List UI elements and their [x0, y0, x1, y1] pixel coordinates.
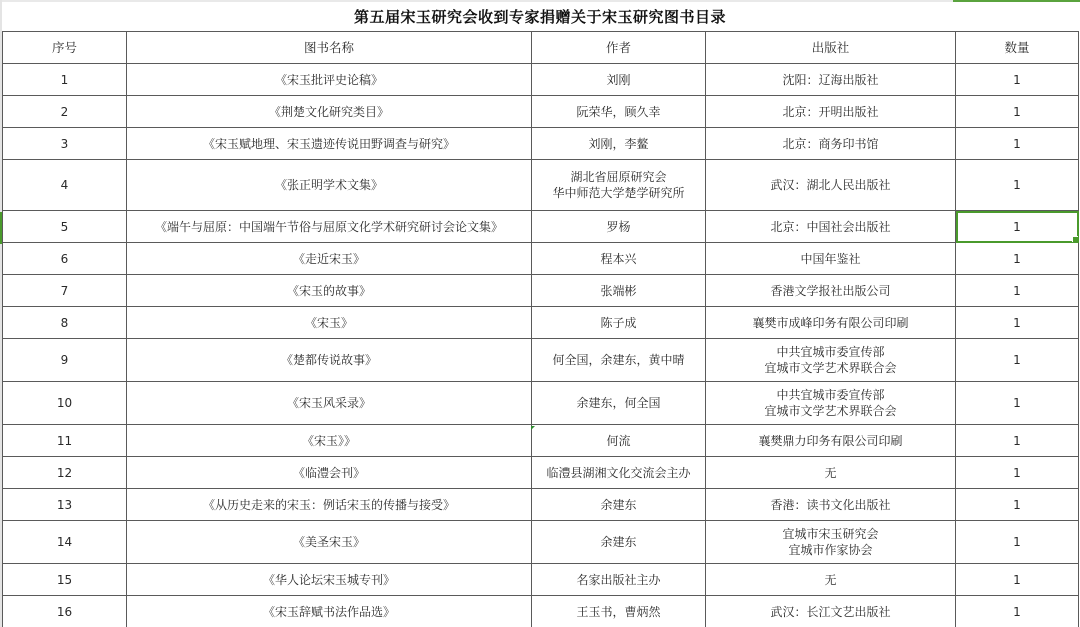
- publisher-line: 无: [708, 465, 953, 481]
- cell-title[interactable]: 《端午与屈原：中国端午节俗与屈原文化学术研究研讨会论文集》: [127, 211, 532, 243]
- cell-title[interactable]: 《宋玉批评史论稿》: [127, 64, 532, 96]
- cell-quantity[interactable]: 1: [956, 596, 1079, 627]
- publisher-line: 中共宜城市委宣传部: [708, 387, 953, 403]
- publisher-line: 武汉：湖北人民出版社: [708, 177, 953, 193]
- cell-title[interactable]: 《荆楚文化研究类目》: [127, 96, 532, 128]
- cell-title[interactable]: 《宋玉》》: [127, 425, 532, 457]
- publisher-line: 武汉：长江文艺出版社: [708, 604, 953, 620]
- table-row: 14 《美圣宋玉》 余建东 宜城市宋玉研究会 宜城市作家协会 1: [3, 521, 1079, 564]
- cell-no[interactable]: 16: [3, 596, 127, 627]
- cell-quantity[interactable]: 1: [956, 457, 1079, 489]
- cell-no[interactable]: 3: [3, 128, 127, 160]
- publisher-line: 北京：商务印书馆: [708, 136, 953, 152]
- cell-title[interactable]: 《临澧会刊》: [127, 457, 532, 489]
- cell-no[interactable]: 2: [3, 96, 127, 128]
- publisher-line: 中共宜城市委宣传部: [708, 344, 953, 360]
- cell-author[interactable]: 临澧县湖湘文化交流会主办: [532, 457, 706, 489]
- cell-title[interactable]: 《从历史走来的宋玉：例话宋玉的传播与接受》: [127, 489, 532, 521]
- cell-author[interactable]: 名家出版社主办: [532, 564, 706, 596]
- cell-author[interactable]: 余建东，何全国: [532, 382, 706, 425]
- cell-no[interactable]: 1: [3, 64, 127, 96]
- author-line: 阮荣华，顾久幸: [534, 104, 703, 120]
- cell-quantity[interactable]: 1: [956, 339, 1079, 382]
- cell-publisher[interactable]: 武汉：湖北人民出版社: [706, 160, 956, 211]
- cell-quantity[interactable]: 1: [956, 160, 1079, 211]
- cell-title[interactable]: 《美圣宋玉》: [127, 521, 532, 564]
- table-row: 16 《宋玉辞赋书法作品选》 王玉书，曹炳然 武汉：长江文艺出版社 1: [3, 596, 1079, 627]
- cell-no[interactable]: 5: [3, 211, 127, 243]
- cell-no[interactable]: 12: [3, 457, 127, 489]
- cell-author[interactable]: 刘刚: [532, 64, 706, 96]
- publisher-line: 宜城市文学艺术界联合会: [708, 403, 953, 419]
- cell-publisher[interactable]: 武汉：长江文艺出版社: [706, 596, 956, 627]
- table-row: 15 《华人论坛宋玉城专刊》 名家出版社主办 无 1: [3, 564, 1079, 596]
- cell-publisher[interactable]: 沈阳：辽海出版社: [706, 64, 956, 96]
- cell-publisher[interactable]: 北京：开明出版社: [706, 96, 956, 128]
- table-row: 5 《端午与屈原：中国端午节俗与屈原文化学术研究研讨会论文集》 罗杨 北京：中国…: [3, 211, 1079, 243]
- author-line: 余建东，何全国: [534, 395, 703, 411]
- publisher-line: 襄樊市成峰印务有限公司印刷: [708, 315, 953, 331]
- author-line: 刘刚: [534, 72, 703, 88]
- header-cell-title[interactable]: 图书名称: [127, 32, 532, 64]
- cell-publisher[interactable]: 襄樊鼎力印务有限公司印刷: [706, 425, 956, 457]
- cell-publisher[interactable]: 宜城市宋玉研究会 宜城市作家协会: [706, 521, 956, 564]
- cell-publisher[interactable]: 无: [706, 564, 956, 596]
- author-line: 罗杨: [534, 219, 703, 235]
- publisher-line: 北京：中国社会出版社: [708, 219, 953, 235]
- author-line: 华中师范大学楚学研究所: [534, 185, 703, 201]
- cell-title[interactable]: 《宋玉辞赋书法作品选》: [127, 596, 532, 627]
- table-row: 12 《临澧会刊》 临澧县湖湘文化交流会主办 无 1: [3, 457, 1079, 489]
- quantity-value: 1: [1013, 220, 1021, 234]
- publisher-line: 北京：开明出版社: [708, 104, 953, 120]
- author-line: 名家出版社主办: [534, 572, 703, 588]
- publisher-line: 香港：读书文化出版社: [708, 497, 953, 513]
- cell-quantity[interactable]: 1: [956, 382, 1079, 425]
- table-row: 8 《宋玉》 陈子成 襄樊市成峰印务有限公司印刷 1: [3, 307, 1079, 339]
- publisher-line: 沈阳：辽海出版社: [708, 72, 953, 88]
- cell-quantity-selected[interactable]: 1: [956, 211, 1079, 243]
- cell-author[interactable]: 余建东: [532, 521, 706, 564]
- cell-publisher[interactable]: 香港文学报社出版公司: [706, 275, 956, 307]
- cell-no[interactable]: 14: [3, 521, 127, 564]
- cell-publisher[interactable]: 北京：商务印书馆: [706, 128, 956, 160]
- publisher-line: 中国年鉴社: [708, 251, 953, 267]
- cell-quantity[interactable]: 1: [956, 275, 1079, 307]
- header-cell-quantity[interactable]: 数量: [956, 32, 1079, 64]
- cell-publisher[interactable]: 北京：中国社会出版社: [706, 211, 956, 243]
- author-line: 余建东: [534, 497, 703, 513]
- author-line: 张端彬: [534, 283, 703, 299]
- cell-quantity[interactable]: 1: [956, 307, 1079, 339]
- cell-no[interactable]: 7: [3, 275, 127, 307]
- header-cell-author[interactable]: 作者: [532, 32, 706, 64]
- cell-quantity[interactable]: 1: [956, 96, 1079, 128]
- cell-publisher[interactable]: 襄樊市成峰印务有限公司印刷: [706, 307, 956, 339]
- header-row: 序号 图书名称 作者 出版社 数量: [3, 32, 1079, 64]
- cell-quantity[interactable]: 1: [956, 489, 1079, 521]
- cell-author[interactable]: 王玉书，曹炳然: [532, 596, 706, 627]
- author-line: 余建东: [534, 534, 703, 550]
- cell-publisher[interactable]: 中共宜城市委宣传部 宜城市文学艺术界联合会: [706, 339, 956, 382]
- table-row: 4 《张正明学术文集》 湖北省屈原研究会 华中师范大学楚学研究所 武汉：湖北人民…: [3, 160, 1079, 211]
- table-row: 3 《宋玉赋地理、宋玉遗迹传说田野调查与研究》 刘刚，李鳌 北京：商务印书馆 1: [3, 128, 1079, 160]
- cell-publisher[interactable]: 中国年鉴社: [706, 243, 956, 275]
- cell-title[interactable]: 《走近宋玉》: [127, 243, 532, 275]
- cell-author[interactable]: 程本兴: [532, 243, 706, 275]
- cell-author[interactable]: 罗杨: [532, 211, 706, 243]
- publisher-line: 香港文学报社出版公司: [708, 283, 953, 299]
- cell-no[interactable]: 15: [3, 564, 127, 596]
- book-catalog-table: 序号 图书名称 作者 出版社 数量 1 《宋玉批评史论稿》 刘刚 沈阳：辽海出版…: [2, 31, 1079, 627]
- cell-author[interactable]: 何流: [532, 425, 706, 457]
- cell-quantity[interactable]: 1: [956, 521, 1079, 564]
- author-line: 程本兴: [534, 251, 703, 267]
- table-row: 1 《宋玉批评史论稿》 刘刚 沈阳：辽海出版社 1: [3, 64, 1079, 96]
- table-row: 13 《从历史走来的宋玉：例话宋玉的传播与接受》 余建东 香港：读书文化出版社 …: [3, 489, 1079, 521]
- publisher-line: 无: [708, 572, 953, 588]
- cell-author[interactable]: 阮荣华，顾久幸: [532, 96, 706, 128]
- author-line: 何流: [534, 433, 703, 449]
- publisher-line: 宜城市宋玉研究会: [708, 526, 953, 542]
- cell-quantity[interactable]: 1: [956, 128, 1079, 160]
- cell-publisher[interactable]: 中共宜城市委宣传部 宜城市文学艺术界联合会: [706, 382, 956, 425]
- cell-title[interactable]: 《宋玉的故事》: [127, 275, 532, 307]
- cell-title[interactable]: 《宋玉赋地理、宋玉遗迹传说田野调查与研究》: [127, 128, 532, 160]
- publisher-line: 宜城市文学艺术界联合会: [708, 360, 953, 376]
- header-cell-no[interactable]: 序号: [3, 32, 127, 64]
- cell-quantity[interactable]: 1: [956, 425, 1079, 457]
- cell-no[interactable]: 6: [3, 243, 127, 275]
- cell-publisher[interactable]: 香港：读书文化出版社: [706, 489, 956, 521]
- cell-quantity[interactable]: 1: [956, 64, 1079, 96]
- cell-author[interactable]: 余建东: [532, 489, 706, 521]
- cell-comment-indicator-icon[interactable]: [531, 426, 535, 430]
- table-row: 2 《荆楚文化研究类目》 阮荣华，顾久幸 北京：开明出版社 1: [3, 96, 1079, 128]
- cell-publisher[interactable]: 无: [706, 457, 956, 489]
- cell-no[interactable]: 8: [3, 307, 127, 339]
- author-line: 何全国，余建东，黄中晴: [534, 352, 703, 368]
- cell-title[interactable]: 《宋玉》: [127, 307, 532, 339]
- cell-no[interactable]: 9: [3, 339, 127, 382]
- publisher-line: 宜城市作家协会: [708, 542, 953, 558]
- table-row: 9 《楚都传说故事》 何全国，余建东，黄中晴 中共宜城市委宣传部 宜城市文学艺术…: [3, 339, 1079, 382]
- cell-quantity[interactable]: 1: [956, 564, 1079, 596]
- cell-title[interactable]: 《楚都传说故事》: [127, 339, 532, 382]
- cell-author[interactable]: 何全国，余建东，黄中晴: [532, 339, 706, 382]
- cell-author[interactable]: 湖北省屈原研究会 华中师范大学楚学研究所: [532, 160, 706, 211]
- cell-no[interactable]: 4: [3, 160, 127, 211]
- table-row: 7 《宋玉的故事》 张端彬 香港文学报社出版公司 1: [3, 275, 1079, 307]
- sheet-title[interactable]: 第五届宋玉研究会收到专家捐赠关于宋玉研究图书目录: [2, 2, 1078, 31]
- cell-no[interactable]: 13: [3, 489, 127, 521]
- table-row: 10 《宋玉风采录》 余建东，何全国 中共宜城市委宣传部 宜城市文学艺术界联合会…: [3, 382, 1079, 425]
- table-row: 11 《宋玉》》 何流 襄樊鼎力印务有限公司印刷 1: [3, 425, 1079, 457]
- cell-title[interactable]: 《宋玉风采录》: [127, 382, 532, 425]
- cell-no[interactable]: 10: [3, 382, 127, 425]
- cell-title[interactable]: 《华人论坛宋玉城专刊》: [127, 564, 532, 596]
- header-cell-publisher[interactable]: 出版社: [706, 32, 956, 64]
- author-line: 湖北省屈原研究会: [534, 169, 703, 185]
- cell-author[interactable]: 陈子成: [532, 307, 706, 339]
- author-line: 临澧县湖湘文化交流会主办: [534, 465, 703, 481]
- author-line: 刘刚，李鳌: [534, 136, 703, 152]
- fill-handle[interactable]: [1072, 236, 1079, 243]
- cell-title[interactable]: 《张正明学术文集》: [127, 160, 532, 211]
- cell-author[interactable]: 刘刚，李鳌: [532, 128, 706, 160]
- publisher-line: 襄樊鼎力印务有限公司印刷: [708, 433, 953, 449]
- cell-no[interactable]: 11: [3, 425, 127, 457]
- cell-author[interactable]: 张端彬: [532, 275, 706, 307]
- table-row: 6 《走近宋玉》 程本兴 中国年鉴社 1: [3, 243, 1079, 275]
- author-line: 陈子成: [534, 315, 703, 331]
- author-line: 王玉书，曹炳然: [534, 604, 703, 620]
- cell-quantity[interactable]: 1: [956, 243, 1079, 275]
